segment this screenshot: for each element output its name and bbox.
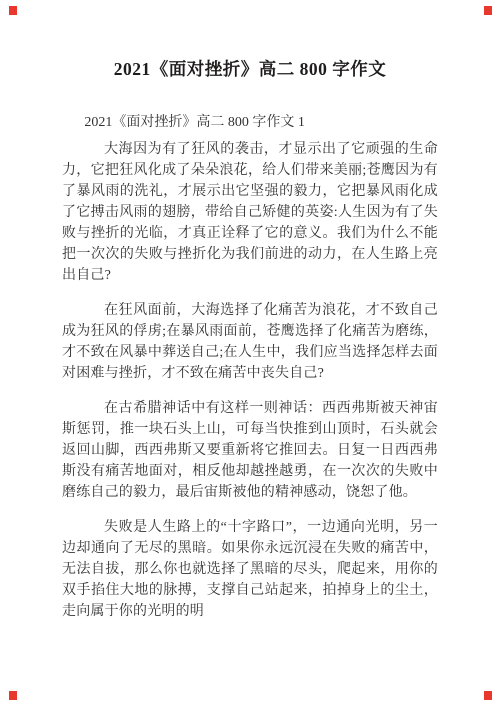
paragraph-2: 在狂风面前，大海选择了化痛苦为浪花，才不致自己成为狂风的俘虏;在暴风雨面前，苍鹰… xyxy=(62,300,438,384)
paragraph-3: 在古希腊神话中有这样一则神话：西西弗斯被天神宙斯惩罚，推一块石头上山，可每当快推… xyxy=(62,398,438,503)
paragraph-4: 失败是人生路上的“十字路口”，一边通向光明，另一边却通向了无尽的黑暗。如果你永远… xyxy=(62,517,438,622)
document-content: 2021《面对挫折》高二 800 字作文 2021《面对挫折》高二 800 字作… xyxy=(0,0,500,622)
crop-mark-bottom-right-icon xyxy=(484,691,492,700)
crop-mark-top-left-icon xyxy=(9,6,17,15)
crop-mark-bottom-left-icon xyxy=(9,691,17,700)
paragraph-1: 大海因为有了狂风的袭击，才显示出了它顽强的生命力，它把狂风化成了朵朵浪花，给人们… xyxy=(62,139,438,286)
document-subtitle: 2021《面对挫折》高二 800 字作文 1 xyxy=(62,112,438,133)
document-page: 2021《面对挫折》高二 800 字作文 2021《面对挫折》高二 800 字作… xyxy=(0,0,500,707)
document-title: 2021《面对挫折》高二 800 字作文 xyxy=(62,57,438,81)
crop-mark-top-right-icon xyxy=(484,6,492,15)
